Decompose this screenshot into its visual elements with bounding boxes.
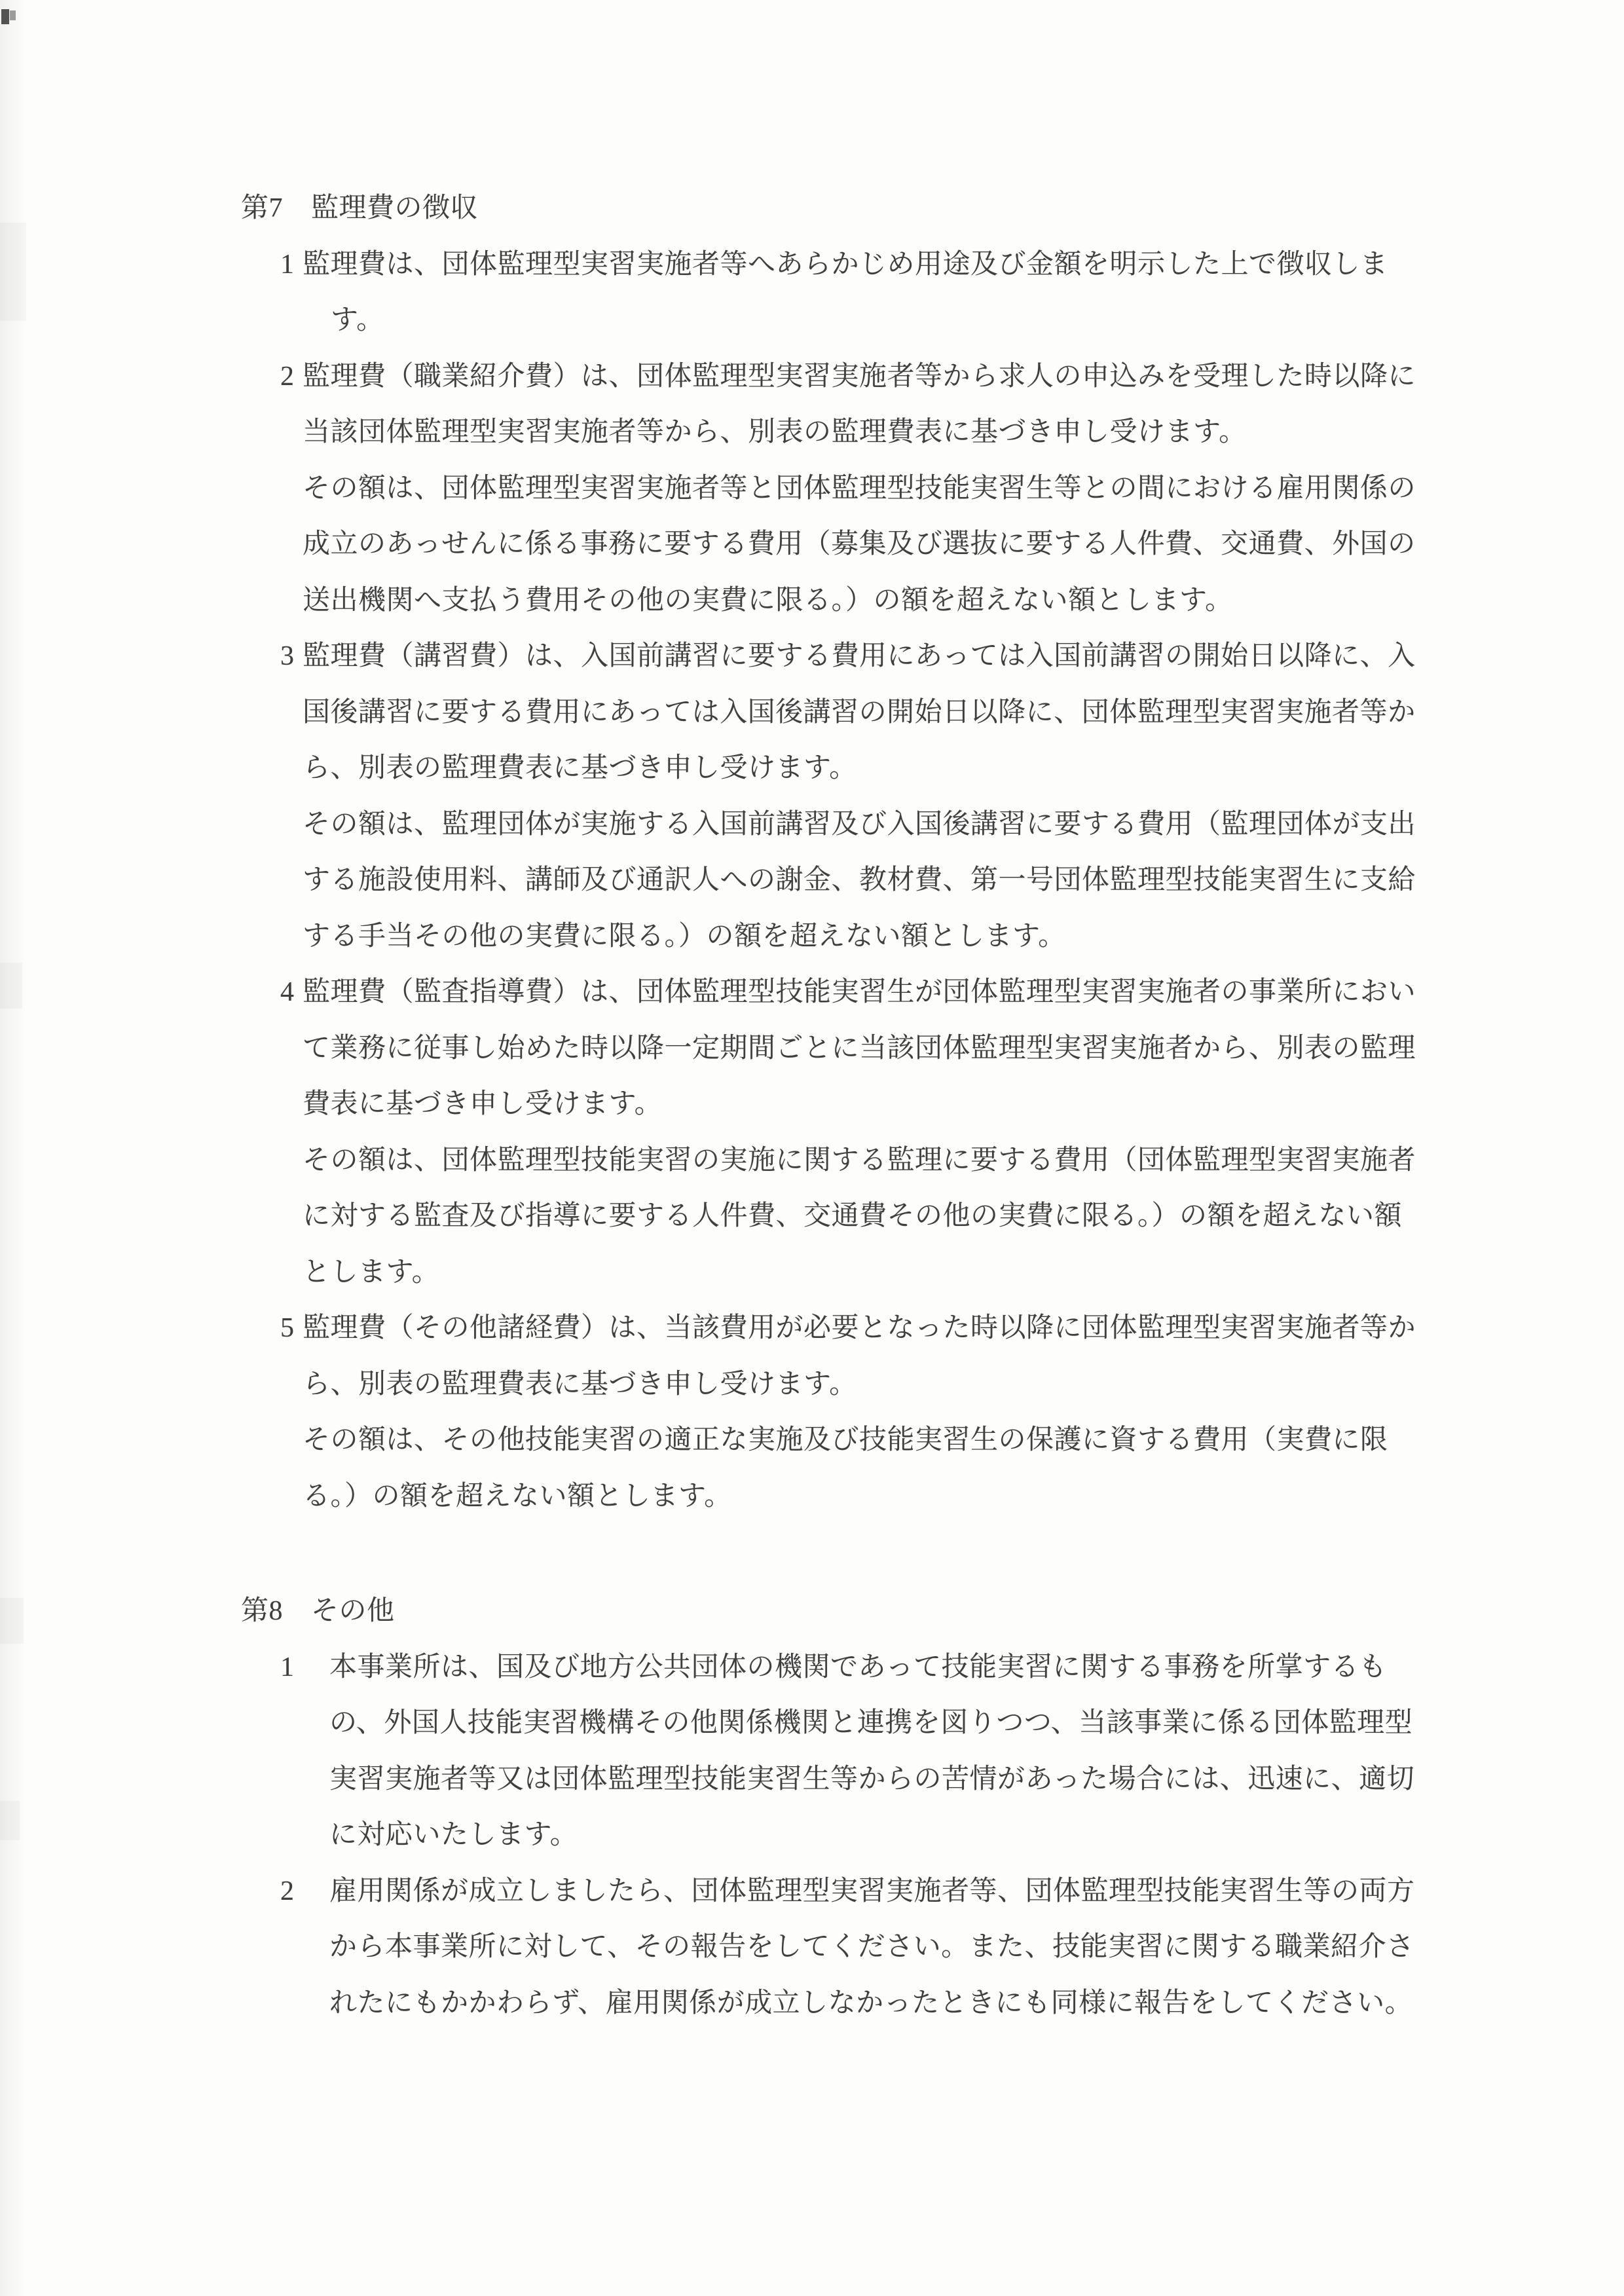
document-line: その額は、その他技能実習の適正な実施及び技能実習生の保護に資する費用（実費に限 (0, 1413, 1624, 1469)
section-title: その他 (311, 1596, 395, 1626)
document-line: す。 (0, 293, 1624, 349)
line-text: の、外国人技能実習機構その他関係機関と連携を図りつつ、当該事業に係る団体監理型 (329, 1708, 1412, 1738)
document-line: 1監理費は、団体監理型実習実施者等へあらかじめ用途及び金額を明示した上で徴収しま (0, 237, 1624, 293)
line-text: その額は、団体監理型技能実習の実施に関する監理に要する費用（団体監理型実習実施者 (303, 1145, 1416, 1176)
document-line: て業務に従事し始めた時以降一定期間ごとに当該団体監理型実習実施者から、別表の監理 (0, 1021, 1624, 1077)
document-line: る。）の額を超えない額とします。 (0, 1469, 1624, 1525)
line-text: する手当その他の実費に限る。）の額を超えない額とします。 (303, 921, 1066, 952)
item-number: 1 (280, 237, 303, 293)
document-line: 4監理費（監査指導費）は、団体監理型技能実習生が団体監理型実習実施者の事業所にお… (0, 965, 1624, 1021)
document-line: から本事業所に対して、その報告をしてください。また、技能実習に関する職業紹介さ (0, 1919, 1624, 1976)
line-text: する施設使用料、講師及び通訳人への謝金、教材費、第一号団体監理型技能実習生に支給 (303, 865, 1416, 895)
line-text: その額は、その他技能実習の適正な実施及び技能実習生の保護に資する費用（実費に限 (303, 1425, 1388, 1455)
document-line: ら、別表の監理費表に基づき申し受けます。 (0, 741, 1624, 797)
section-number: 第8 (241, 1583, 311, 1640)
line-text: す。 (331, 305, 384, 335)
document-line: に対する監査及び指導に要する人件費、交通費その他の実費に限る。）の額を超えない額 (0, 1189, 1624, 1245)
scan-artifact (10, 10, 16, 20)
line-text: 監理費（講習費）は、入国前講習に要する費用にあっては入国前講習の開始日以降に、入 (303, 641, 1416, 671)
document-line: その額は、監理団体が実施する入国前講習及び入国後講習に要する費用（監理団体が支出 (0, 797, 1624, 853)
line-text: 雇用関係が成立しましたら、団体監理型実習実施者等、団体監理型技能実習生等の両方 (329, 1876, 1415, 1906)
line-text: 費表に基づき申し受けます。 (303, 1089, 662, 1119)
document-line: 費表に基づき申し受けます。 (0, 1077, 1624, 1133)
section-8-heading: 第8その他 (0, 1583, 1624, 1640)
line-text: ら、別表の監理費表に基づき申し受けます。 (303, 1369, 857, 1399)
document-line: 3監理費（講習費）は、入国前講習に要する費用にあっては入国前講習の開始日以降に、… (0, 629, 1624, 685)
line-text: 監理費（職業紹介費）は、団体監理型実習実施者等から求人の申込みを受理した時以降に (303, 361, 1416, 392)
item-number: 3 (280, 629, 303, 685)
document-line: 2雇用関係が成立しましたら、団体監理型実習実施者等、団体監理型技能実習生等の両方 (0, 1864, 1624, 1920)
document-line: 送出機関へ支払う費用その他の実費に限る。）の額を超えない額とします。 (0, 573, 1624, 629)
document-line: 当該団体監理型実習実施者等から、別表の監理費表に基づき申し受けます。 (0, 405, 1624, 461)
section-number: 第7 (241, 181, 311, 237)
document-line: する手当その他の実費に限る。）の額を超えない額とします。 (0, 909, 1624, 965)
line-text: 国後講習に要する費用にあっては入国後講習の開始日以降に、団体監理型実習実施者等か (303, 697, 1416, 728)
item-number: 2 (280, 349, 303, 405)
line-text: て業務に従事し始めた時以降一定期間ごとに当該団体監理型実習実施者から、別表の監理 (303, 1033, 1416, 1064)
item-number: 4 (280, 965, 303, 1021)
line-text: に対する監査及び指導に要する人件費、交通費その他の実費に限る。）の額を超えない額 (303, 1201, 1402, 1231)
line-text: 本事業所は、国及び地方公共団体の機関であって技能実習に関する事務を所掌するも (329, 1652, 1387, 1682)
line-text: に対応いたします。 (329, 1820, 578, 1850)
line-text: 当該団体監理型実習実施者等から、別表の監理費表に基づき申し受けます。 (303, 417, 1247, 447)
document-line: に対応いたします。 (0, 1807, 1624, 1864)
section-title: 監理費の徴収 (311, 193, 478, 223)
document-line: 国後講習に要する費用にあっては入国後講習の開始日以降に、団体監理型実習実施者等か (0, 685, 1624, 741)
document-line: 成立のあっせんに係る事務に要する費用（募集及び選抜に要する人件費、交通費、外国の (0, 517, 1624, 573)
item-number: 1 (280, 1640, 329, 1696)
line-text: 実習実施者等又は団体監理型技能実習生等からの苦情があった場合には、迅速に、適切 (329, 1764, 1414, 1794)
document-line: とします。 (0, 1245, 1624, 1301)
line-text: 監理費（その他諸経費）は、当該費用が必要となった時以降に団体監理型実習実施者等か (303, 1313, 1416, 1343)
line-text: れたにもかかわらず、雇用関係が成立しなかったときにも同様に報告をしてください。 (329, 1988, 1412, 2018)
line-text: から本事業所に対して、その報告をしてください。また、技能実習に関する職業紹介さ (329, 1932, 1414, 1962)
line-text: ら、別表の監理費表に基づき申し受けます。 (303, 753, 857, 783)
document-line: 5監理費（その他諸経費）は、当該費用が必要となった時以降に団体監理型実習実施者等… (0, 1301, 1624, 1357)
document-line: 1本事業所は、国及び地方公共団体の機関であって技能実習に関する事務を所掌するも (0, 1640, 1624, 1696)
scan-artifact (1, 9, 9, 24)
document-line: その額は、団体監理型実習実施者等と団体監理型技能実習生等との間における雇用関係の (0, 461, 1624, 517)
line-text: 成立のあっせんに係る事務に要する費用（募集及び選抜に要する人件費、交通費、外国の (303, 529, 1416, 559)
document-line: の、外国人技能実習機構その他関係機関と連携を図りつつ、当該事業に係る団体監理型 (0, 1695, 1624, 1752)
document-line: 実習実施者等又は団体監理型技能実習生等からの苦情があった場合には、迅速に、適切 (0, 1752, 1624, 1808)
line-text: 監理費（監査指導費）は、団体監理型技能実習生が団体監理型実習実施者の事業所におい (303, 977, 1416, 1007)
section-7-heading: 第7監理費の徴収 (0, 181, 1624, 237)
item-number: 5 (280, 1301, 303, 1357)
line-text: 監理費は、団体監理型実習実施者等へあらかじめ用途及び金額を明示した上で徴収しま (303, 250, 1388, 280)
document-line: れたにもかかわらず、雇用関係が成立しなかったときにも同様に報告をしてください。 (0, 1976, 1624, 2032)
item-number: 2 (280, 1864, 329, 1920)
line-text: その額は、団体監理型実習実施者等と団体監理型技能実習生等との間における雇用関係の (303, 473, 1416, 504)
document-body: 第7監理費の徴収 1監理費は、団体監理型実習実施者等へあらかじめ用途及び金額を明… (0, 181, 1624, 2031)
line-text: 送出機関へ支払う費用その他の実費に限る。）の額を超えない額とします。 (303, 585, 1233, 616)
document-line: ら、別表の監理費表に基づき申し受けます。 (0, 1357, 1624, 1413)
line-text: とします。 (303, 1257, 439, 1287)
document-line: する施設使用料、講師及び通訳人への謝金、教材費、第一号団体監理型技能実習生に支給 (0, 853, 1624, 909)
scanned-document-page: 第7監理費の徴収 1監理費は、団体監理型実習実施者等へあらかじめ用途及び金額を明… (0, 0, 1624, 2296)
document-line: 2監理費（職業紹介費）は、団体監理型実習実施者等から求人の申込みを受理した時以降… (0, 349, 1624, 405)
document-line: その額は、団体監理型技能実習の実施に関する監理に要する費用（団体監理型実習実施者 (0, 1133, 1624, 1189)
line-text: その額は、監理団体が実施する入国前講習及び入国後講習に要する費用（監理団体が支出 (303, 809, 1416, 840)
line-text: る。）の額を超えない額とします。 (303, 1481, 732, 1511)
